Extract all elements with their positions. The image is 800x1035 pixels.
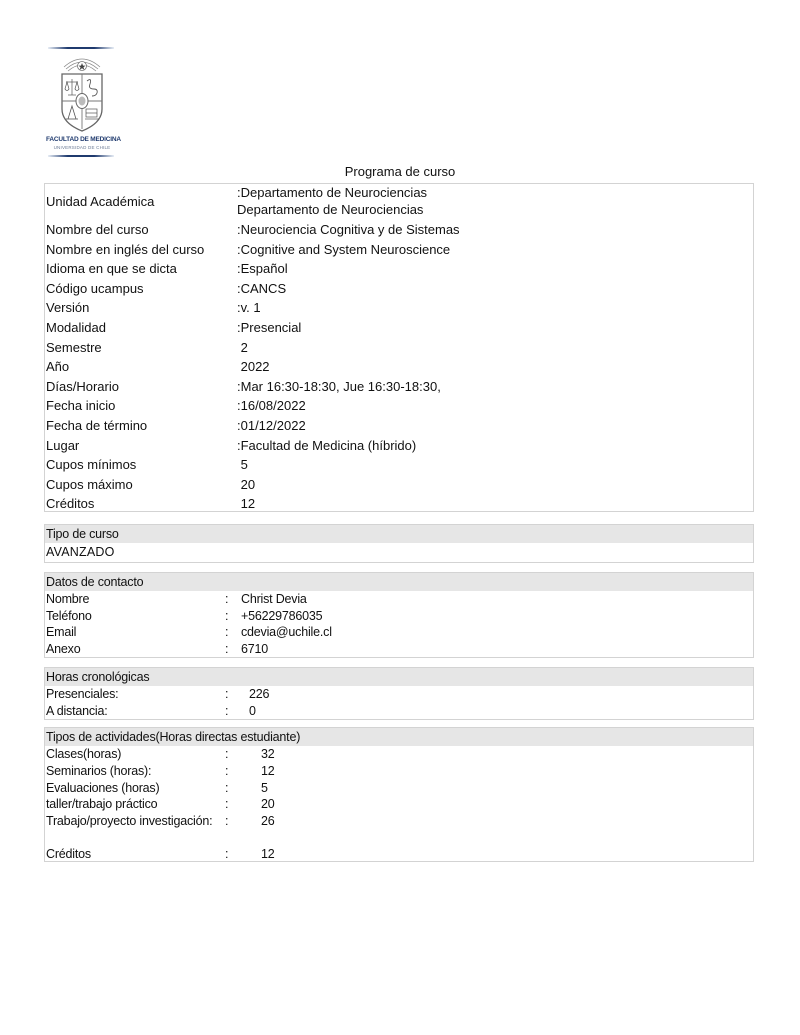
contact-name: Christ Devia — [241, 591, 307, 608]
field-value: :Neurociencia Cognitiva y de Sistemas — [237, 220, 460, 240]
field-label: Presenciales: — [46, 686, 118, 703]
field-label: Días/Horario — [46, 377, 119, 397]
university-crest-icon — [56, 53, 108, 135]
field-value: 2022 — [237, 357, 270, 377]
field-value: 226 — [249, 686, 269, 703]
separator: : — [225, 703, 228, 720]
field-value: 26 — [261, 813, 275, 830]
field-label: Evaluaciones (horas) — [46, 780, 159, 797]
field-label: Nombre — [46, 591, 89, 608]
university-name: UNIVERSIDAD DE CHILE — [46, 145, 118, 150]
table-row: Trabajo/proyecto investigación::26 — [45, 813, 753, 846]
field-value: 12 — [261, 763, 275, 780]
logo-top-rule — [48, 47, 114, 49]
course-type-section: Tipo de curso AVANZADO — [44, 524, 754, 563]
field-label: Seminarios (horas): — [46, 763, 151, 780]
field-value: 12 — [261, 846, 275, 863]
separator: : — [225, 591, 228, 608]
field-value: :v. 1 — [237, 298, 261, 318]
table-row: Modalidad:Presencial — [45, 318, 753, 338]
field-label: Cupos mínimos — [46, 455, 136, 475]
table-row: Idioma en que se dicta:Español — [45, 259, 753, 279]
contact-row-phone: Teléfono:+56229786035 — [45, 608, 753, 625]
contact-row-extension: Anexo:6710 — [45, 641, 753, 658]
separator: : — [225, 641, 228, 658]
field-label: Email — [46, 624, 76, 641]
field-value: 0 — [249, 703, 256, 720]
separator: : — [225, 608, 228, 625]
table-row: Versión:v. 1 — [45, 298, 753, 318]
field-value: 5 — [261, 780, 268, 797]
logo-bottom-rule — [48, 155, 114, 157]
activities-section: Tipos de actividades(Horas directas estu… — [44, 727, 754, 862]
table-row: Créditos 12 — [45, 494, 753, 514]
faculty-name: FACULTAD DE MEDICINA — [46, 136, 118, 143]
table-row: Créditos:12 — [45, 846, 753, 863]
field-label: Año — [46, 357, 69, 377]
field-label: Modalidad — [46, 318, 106, 338]
field-label: Fecha inicio — [46, 396, 115, 416]
field-label: Nombre en inglés del curso — [46, 240, 204, 260]
field-value: :01/12/2022 — [237, 416, 306, 436]
page-title: Programa de curso — [0, 164, 800, 179]
field-value: 20 — [261, 796, 275, 813]
contact-row-name: Nombre:Christ Devia — [45, 591, 753, 608]
field-label: Teléfono — [46, 608, 92, 625]
field-value: 20 — [237, 475, 255, 495]
field-value: :16/08/2022 — [237, 396, 306, 416]
field-value: 5 — [237, 455, 248, 475]
contact-email: cdevia@uchile.cl — [241, 624, 332, 641]
table-row: Código ucampus:CANCS — [45, 279, 753, 299]
table-row: Días/Horario:Mar 16:30-18:30, Jue 16:30-… — [45, 377, 753, 397]
course-info-table: Unidad Académica :Departamento de Neuroc… — [44, 183, 754, 512]
field-label: Nombre del curso — [46, 220, 149, 240]
field-value: :Español — [237, 259, 288, 279]
separator: : — [225, 624, 228, 641]
field-label: Versión — [46, 298, 89, 318]
table-row: Cupos mínimos 5 — [45, 455, 753, 475]
field-label: Anexo — [46, 641, 80, 658]
separator: : — [225, 846, 228, 863]
table-row: Seminarios (horas)::12 — [45, 763, 753, 780]
field-label: Créditos — [46, 494, 94, 514]
table-row: Unidad Académica :Departamento de Neuroc… — [45, 184, 753, 220]
separator: : — [225, 796, 228, 813]
field-value: :Departamento de Neurociencias Departame… — [237, 184, 427, 218]
contact-extension: 6710 — [241, 641, 268, 658]
contact-phone: +56229786035 — [241, 608, 322, 625]
field-label: Lugar — [46, 436, 79, 456]
table-row: Nombre del curso:Neurociencia Cognitiva … — [45, 220, 753, 240]
separator: : — [225, 746, 228, 763]
field-label: Unidad Académica — [46, 192, 154, 212]
field-value-line: :Departamento de Neurociencias — [237, 184, 427, 201]
section-heading: Tipo de curso — [45, 525, 753, 543]
field-value: :CANCS — [237, 279, 286, 299]
field-label: Cupos máximo — [46, 475, 133, 495]
field-value: :Cognitive and System Neuroscience — [237, 240, 450, 260]
field-label: Código ucampus — [46, 279, 144, 299]
table-row: Nombre en inglés del curso:Cognitive and… — [45, 240, 753, 260]
table-row: taller/trabajo práctico:20 — [45, 796, 753, 813]
course-type-value: AVANZADO — [45, 543, 753, 561]
section-heading: Horas cronológicas — [45, 668, 753, 686]
field-label: Fecha de término — [46, 416, 147, 436]
field-label: Créditos — [46, 846, 91, 863]
field-label: taller/trabajo práctico — [46, 796, 157, 813]
field-label: Clases(horas) — [46, 746, 121, 763]
separator: : — [225, 763, 228, 780]
faculty-logo: FACULTAD DE MEDICINA UNIVERSIDAD DE CHIL… — [46, 45, 118, 160]
table-row: A distancia::0 — [45, 703, 753, 720]
table-row: Fecha inicio:16/08/2022 — [45, 396, 753, 416]
section-heading: Datos de contacto — [45, 573, 753, 591]
field-value: 12 — [237, 494, 255, 514]
table-row: Lugar:Facultad de Medicina (híbrido) — [45, 436, 753, 456]
separator: : — [225, 780, 228, 797]
field-value: :Mar 16:30-18:30, Jue 16:30-18:30, — [237, 377, 441, 397]
contact-row-email: Email:cdevia@uchile.cl — [45, 624, 753, 641]
contact-section: Datos de contacto Nombre:Christ Devia Te… — [44, 572, 754, 658]
field-label: Semestre — [46, 338, 102, 358]
hours-section: Horas cronológicas Presenciales::226 A d… — [44, 667, 754, 720]
field-label: A distancia: — [46, 703, 108, 720]
separator: : — [225, 813, 228, 830]
field-value-line: Departamento de Neurociencias — [237, 201, 427, 218]
table-row: Evaluaciones (horas):5 — [45, 780, 753, 797]
table-row: Clases(horas):32 — [45, 746, 753, 763]
field-value: 2 — [237, 338, 248, 358]
field-label: Idioma en que se dicta — [46, 259, 177, 279]
field-label: Trabajo/proyecto investigación: — [46, 813, 216, 830]
field-value: :Presencial — [237, 318, 301, 338]
section-heading: Tipos de actividades(Horas directas estu… — [45, 728, 753, 746]
field-value: 32 — [261, 746, 275, 763]
table-row: Semestre 2 — [45, 338, 753, 358]
table-row: Cupos máximo 20 — [45, 475, 753, 495]
field-value: :Facultad de Medicina (híbrido) — [237, 436, 416, 456]
table-row: Fecha de término:01/12/2022 — [45, 416, 753, 436]
table-row: Año 2022 — [45, 357, 753, 377]
table-row: Presenciales::226 — [45, 686, 753, 703]
separator: : — [225, 686, 228, 703]
